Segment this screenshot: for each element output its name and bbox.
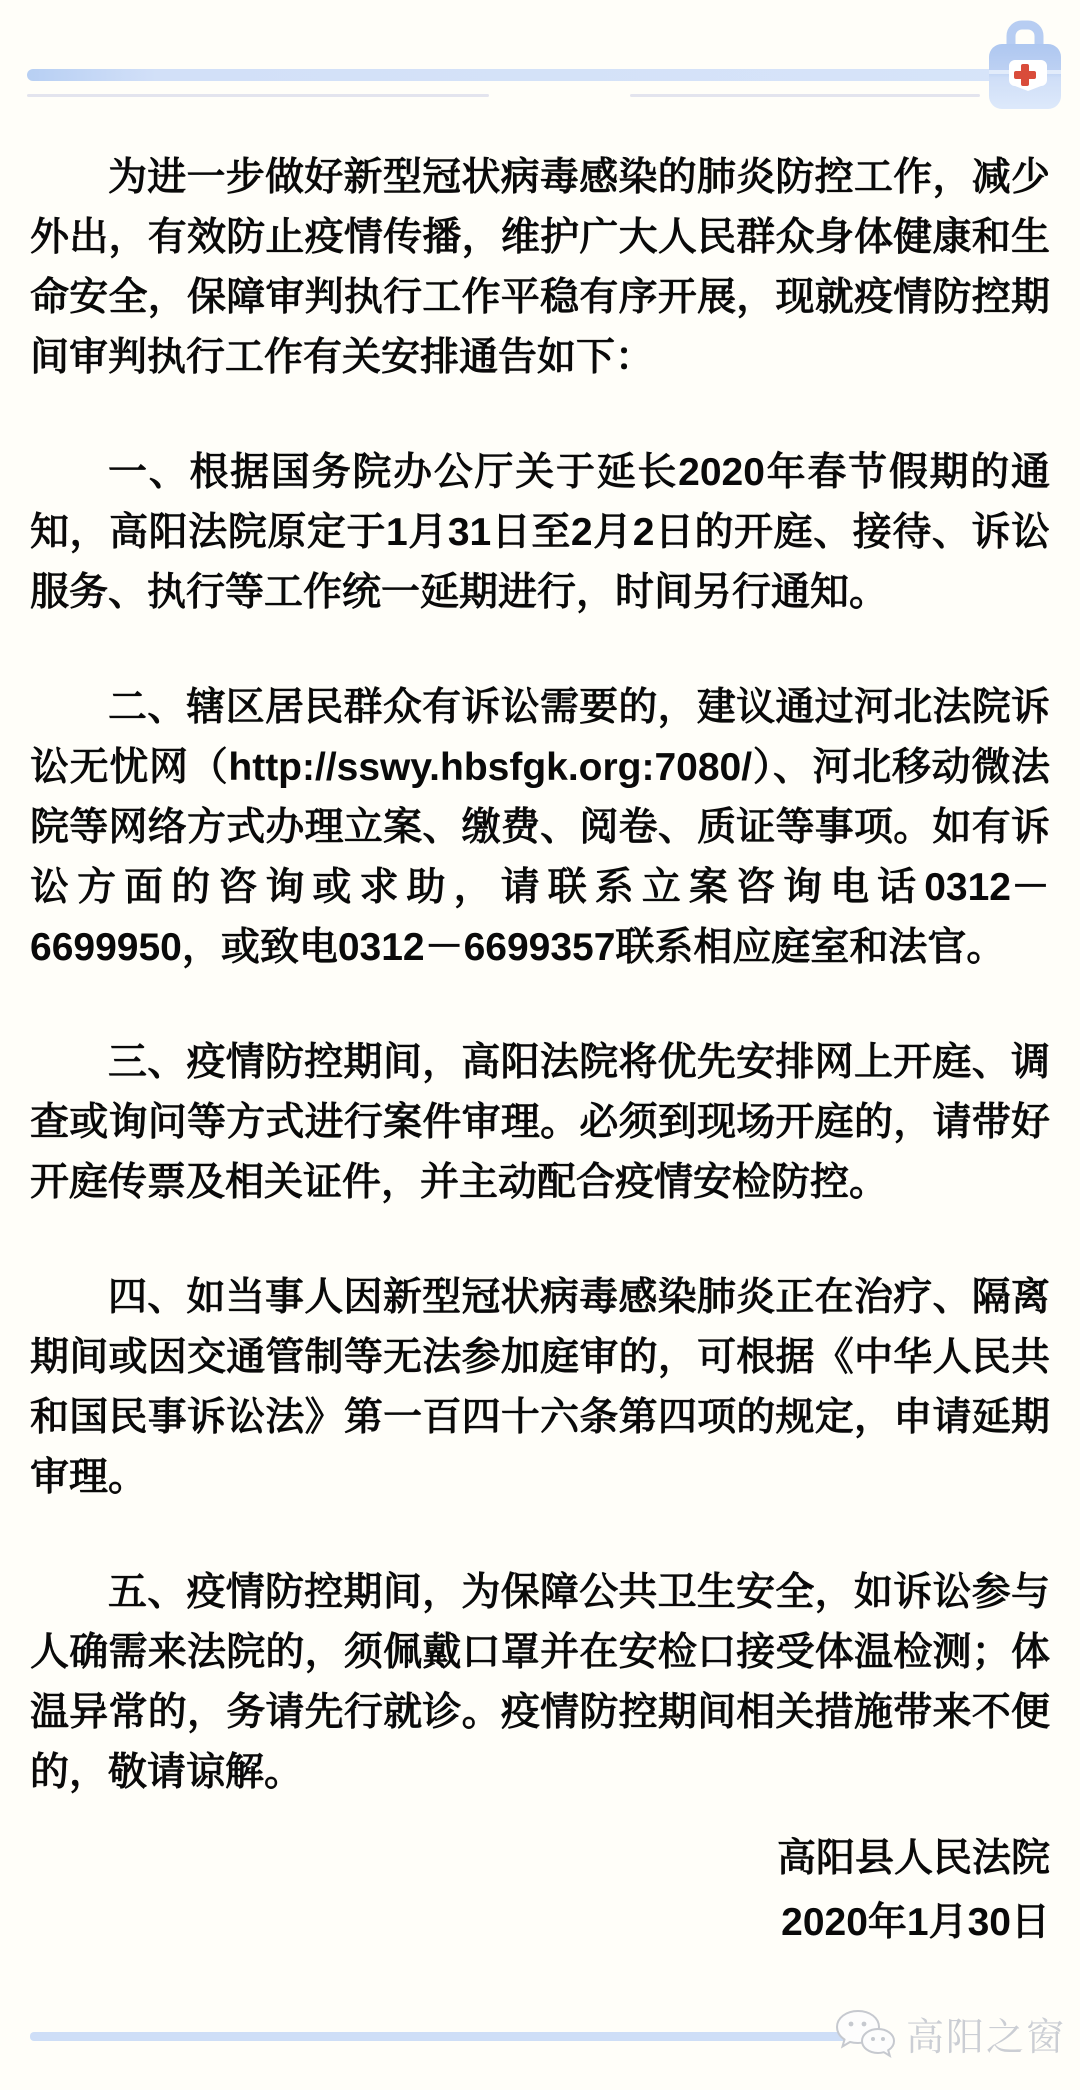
signature-date: 2020年1月30日: [30, 1891, 1050, 1955]
header-divider-left: [27, 94, 489, 97]
header-bar: [27, 69, 1040, 81]
notice-paragraph-intro: 为进一步做好新型冠状病毒感染的肺炎防控工作，减少外出，有效防止疫情传播，维护广大…: [30, 148, 1050, 388]
footer-bar: [30, 2032, 880, 2041]
notice-page: 为进一步做好新型冠状病毒感染的肺炎防控工作，减少外出，有效防止疫情传播，维护广大…: [0, 0, 1080, 2090]
notice-paragraph-item2: 二、辖区居民群众有诉讼需要的，建议通过河北法院诉讼无忧网（http://sswy…: [30, 678, 1050, 978]
wechat-icon: [834, 2007, 898, 2061]
notice-paragraph-item1: 一、根据国务院办公厅关于延长2020年春节假期的通知，高阳法院原定于1月31日至…: [30, 443, 1050, 623]
watermark-label: 高阳之窗: [906, 2006, 1066, 2061]
header-divider-right: [630, 94, 980, 97]
notice-paragraph-item5: 五、疫情防控期间，为保障公共卫生安全，如诉讼参与人确需来法院的，须佩戴口罩并在安…: [30, 1563, 1050, 1803]
first-aid-kit-icon: [986, 20, 1064, 112]
watermark: 高阳之窗: [834, 2006, 1066, 2061]
notice-body: 为进一步做好新型冠状病毒感染的肺炎防控工作，减少外出，有效防止疫情传播，维护广大…: [30, 148, 1050, 1955]
notice-paragraph-item4: 四、如当事人因新型冠状病毒感染肺炎正在治疗、隔离期间或因交通管制等无法参加庭审的…: [30, 1268, 1050, 1508]
notice-paragraph-item3: 三、疫情防控期间，高阳法院将优先安排网上开庭、调查或询问等方式进行案件审理。必须…: [30, 1033, 1050, 1213]
signature-court: 高阳县人民法院: [30, 1827, 1050, 1891]
